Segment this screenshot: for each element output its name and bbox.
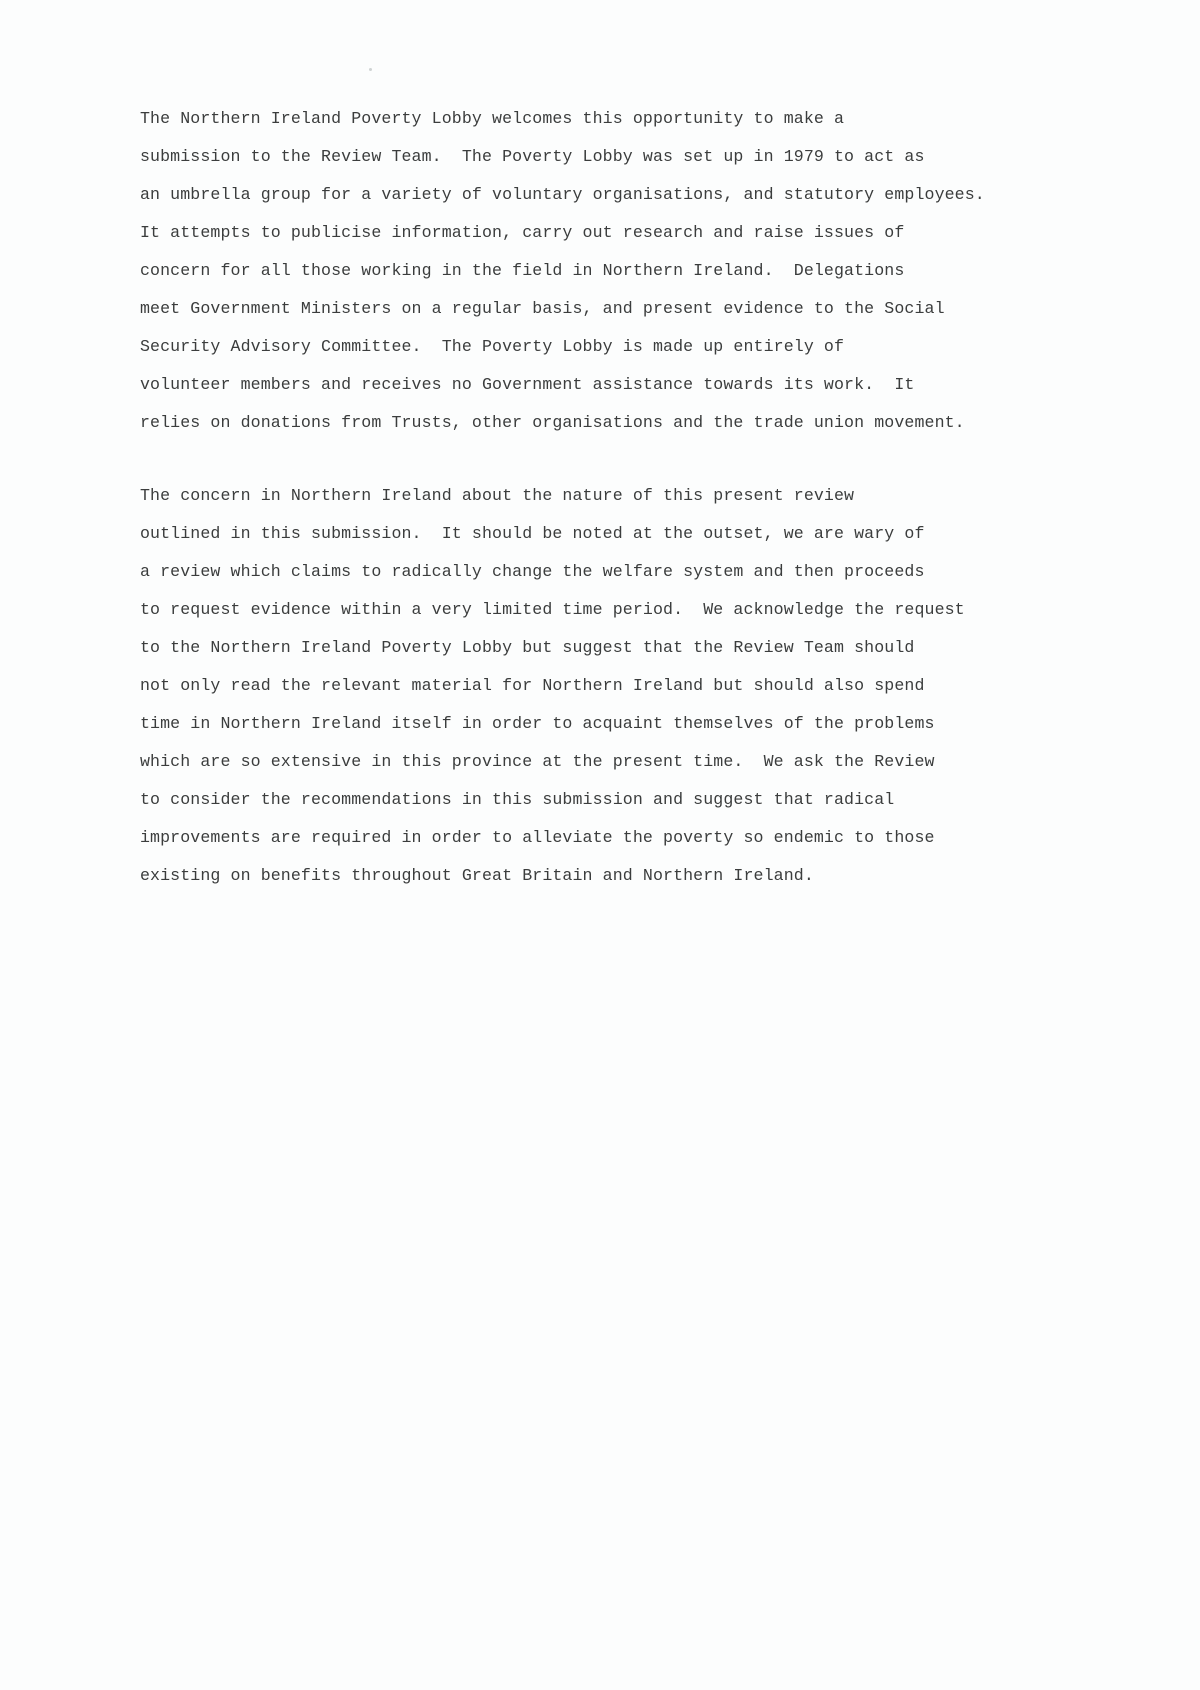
text-line: to consider the recommendations in this …: [140, 781, 965, 819]
text-line: to the Northern Ireland Poverty Lobby bu…: [140, 629, 965, 667]
text-line: to request evidence within a very limite…: [140, 591, 965, 629]
paragraph-introduction: The Northern Ireland Poverty Lobby welco…: [140, 100, 985, 442]
text-line: volunteer members and receives no Govern…: [140, 366, 985, 404]
text-line: outlined in this submission. It should b…: [140, 515, 965, 553]
text-line: relies on donations from Trusts, other o…: [140, 404, 985, 442]
text-line: meet Government Ministers on a regular b…: [140, 290, 985, 328]
text-line: improvements are required in order to al…: [140, 819, 965, 857]
document-page: The Northern Ireland Poverty Lobby welco…: [0, 0, 1200, 1690]
scan-speck: [369, 68, 372, 71]
text-line: not only read the relevant material for …: [140, 667, 965, 705]
text-line: which are so extensive in this province …: [140, 743, 965, 781]
text-line: Security Advisory Committee. The Poverty…: [140, 328, 985, 366]
text-line: time in Northern Ireland itself in order…: [140, 705, 965, 743]
text-line: existing on benefits throughout Great Br…: [140, 857, 965, 895]
paragraph-concern: The concern in Northern Ireland about th…: [140, 477, 965, 895]
text-line: a review which claims to radically chang…: [140, 553, 965, 591]
text-line: It attempts to publicise information, ca…: [140, 214, 985, 252]
text-line: The Northern Ireland Poverty Lobby welco…: [140, 100, 985, 138]
text-line: The concern in Northern Ireland about th…: [140, 477, 965, 515]
text-line: concern for all those working in the fie…: [140, 252, 985, 290]
text-line: submission to the Review Team. The Pover…: [140, 138, 985, 176]
text-line: an umbrella group for a variety of volun…: [140, 176, 985, 214]
